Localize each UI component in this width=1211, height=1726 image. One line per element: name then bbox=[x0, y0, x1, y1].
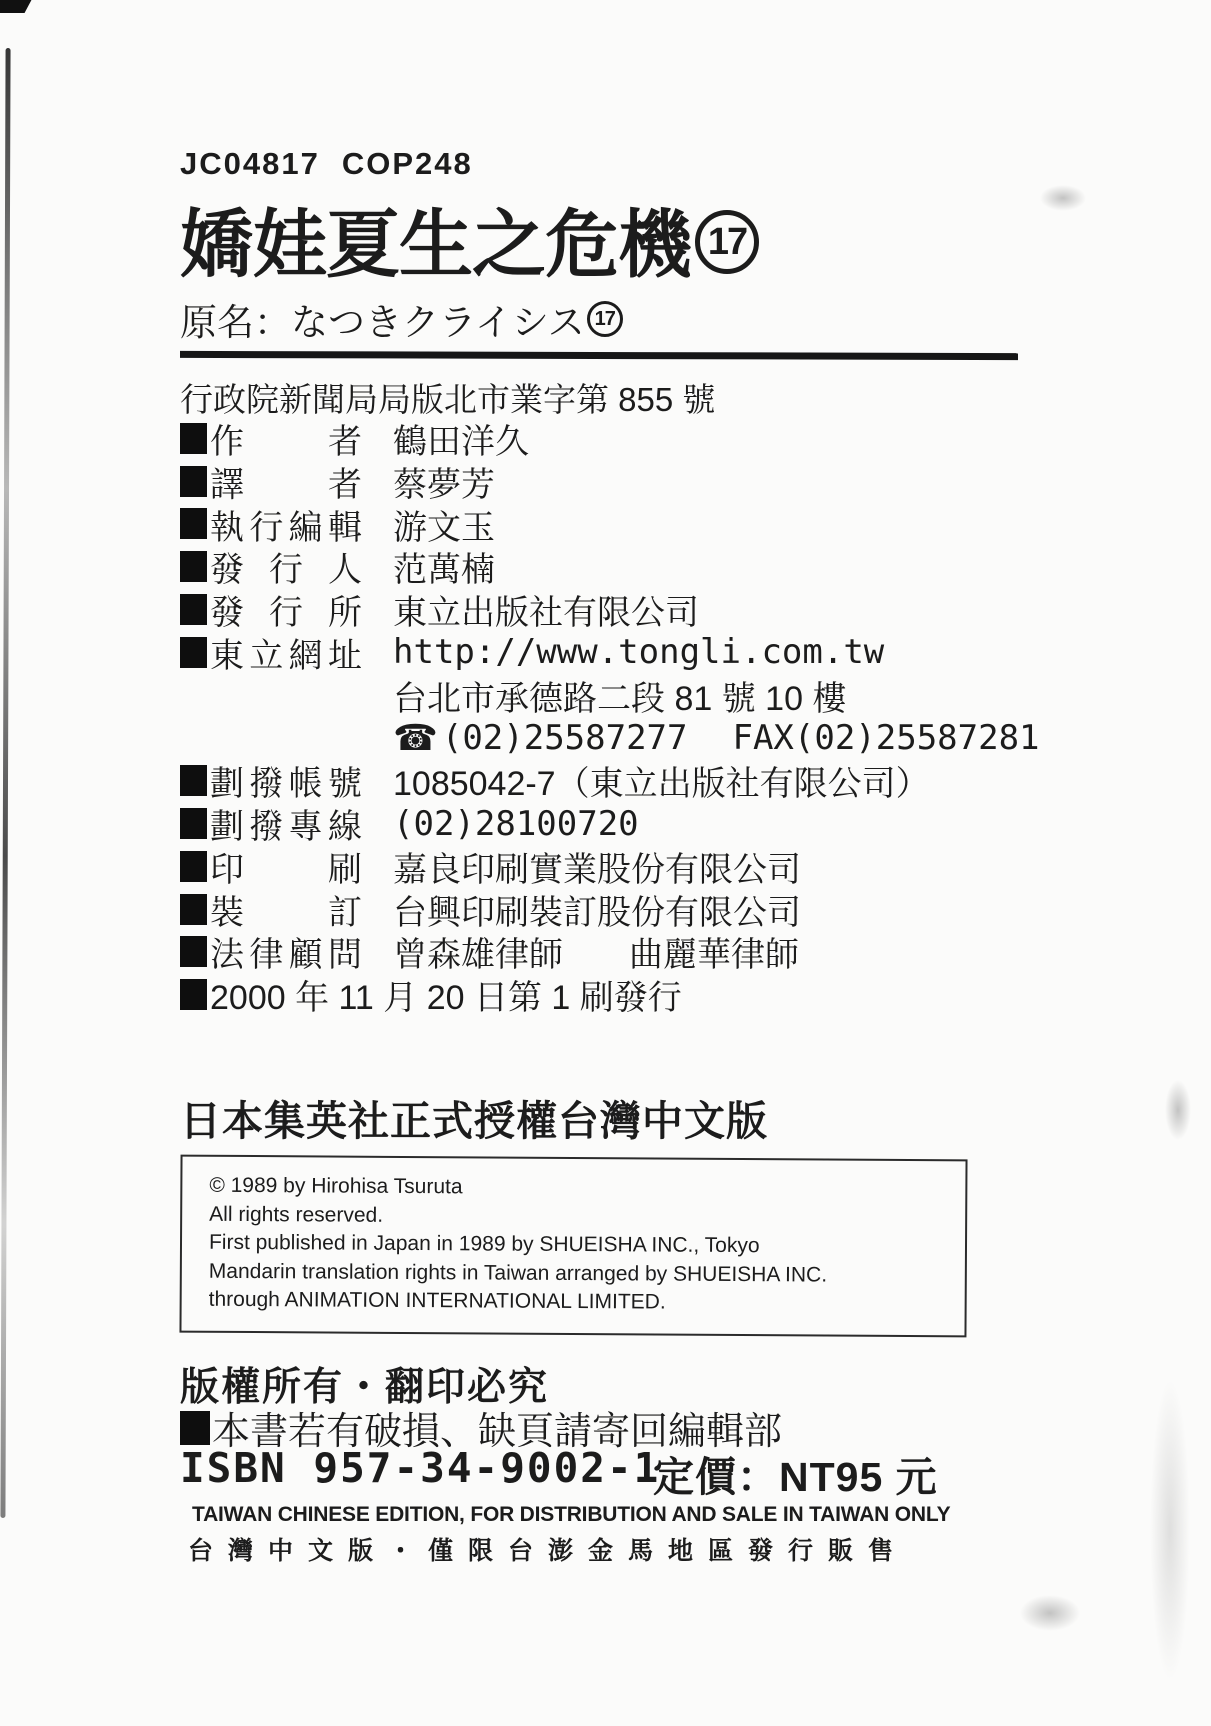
scan-smudge bbox=[1150, 1380, 1190, 1680]
row-label: 劃撥專線 bbox=[210, 799, 362, 848]
row-label: 作者 bbox=[210, 414, 362, 463]
row-executive-editor: 執行編輯 游文玉 bbox=[180, 503, 1040, 546]
product-code-1: JC04817 bbox=[180, 146, 320, 181]
scan-corner-artifact bbox=[0, 0, 31, 13]
bullet-square-icon bbox=[180, 466, 207, 497]
row-address: 台北市承德路二段 81 號 10 樓 bbox=[180, 674, 1040, 717]
isbn-price-row: ISBN 957-34-9002-1 定價：NT95 元 bbox=[180, 1444, 660, 1492]
row-label: 法律顧問 bbox=[210, 927, 362, 976]
phone-icon: ☎ bbox=[393, 717, 438, 759]
bullet-square-icon bbox=[180, 851, 207, 882]
original-title: 原名：なつきクライシス 17 bbox=[180, 292, 623, 346]
row-publishing-house: 發行所 東立出版社有限公司 bbox=[180, 588, 1040, 631]
legal-advisor-1: 曾森雄律師 bbox=[393, 927, 563, 976]
bullet-square-icon bbox=[180, 936, 207, 967]
row-label: 劃撥帳號 bbox=[210, 756, 362, 805]
print-date-text: 2000 年 11 月 20 日第 1 刷發行 bbox=[210, 970, 682, 1019]
authorization-statement: 日本集英社正式授權台灣中文版 bbox=[180, 1088, 768, 1147]
original-volume-badge: 17 bbox=[587, 301, 623, 337]
row-author: 作者 鶴田洋久 bbox=[180, 417, 1040, 460]
bullet-square-icon bbox=[180, 1411, 210, 1445]
postal-account-number: 1085042-7（東立出版社有限公司） bbox=[393, 756, 930, 805]
bullet-square-icon bbox=[180, 765, 207, 796]
row-translator: 譯者 蔡夢芳 bbox=[180, 460, 1040, 503]
english-distribution-notice: TAIWAN CHINESE EDITION, FOR DISTRIBUTION… bbox=[192, 1503, 950, 1527]
copyright-box: © 1989 by Hirohisa Tsuruta All rights re… bbox=[179, 1155, 967, 1338]
scan-smudge bbox=[1040, 185, 1086, 211]
copyright-line: All rights reserved. bbox=[209, 1200, 965, 1233]
fax-number: FAX(02)25587281 bbox=[732, 718, 1039, 758]
scan-smudge bbox=[1165, 1080, 1191, 1140]
bullet-square-icon bbox=[180, 808, 207, 839]
bullet-square-icon bbox=[180, 508, 207, 539]
volume-number-badge: 17 bbox=[695, 210, 759, 274]
row-website: 東立網址 http://www.tongli.com.tw bbox=[180, 631, 1040, 674]
row-label: 東立網址 bbox=[210, 628, 362, 677]
bullet-square-icon bbox=[180, 423, 207, 454]
website-url: http://www.tongli.com.tw bbox=[393, 632, 884, 672]
book-title-text: 嬌娃夏生之危機 bbox=[180, 186, 691, 292]
row-postal-account: 劃撥帳號 1085042-7（東立出版社有限公司） bbox=[180, 759, 1040, 802]
copyright-line: through ANIMATION INTERNATIONAL LIMITED. bbox=[209, 1286, 965, 1319]
bullet-square-icon bbox=[180, 979, 207, 1010]
row-label: 發行人 bbox=[210, 542, 362, 591]
row-value: 東立出版社有限公司 bbox=[393, 585, 699, 634]
scan-smudge bbox=[1020, 1595, 1080, 1631]
original-title-text: 原名：なつきクライシス bbox=[180, 292, 585, 346]
row-legal-advisors: 法律顧問 曾森雄律師 曲麗華律師 bbox=[180, 931, 1040, 974]
bullet-square-icon bbox=[180, 594, 207, 625]
bullet-square-icon bbox=[180, 894, 207, 925]
row-label: 譯者 bbox=[210, 457, 362, 506]
copyright-line: © 1989 by Hirohisa Tsuruta bbox=[209, 1172, 965, 1205]
chinese-distribution-notice: 台灣中文版・僅限台澎金馬地區發行販售 bbox=[188, 1531, 908, 1567]
binding-company: 台興印刷裝訂股份有限公司 bbox=[393, 885, 801, 934]
row-print-date: 2000 年 11 月 20 日第 1 刷發行 bbox=[180, 973, 1040, 1016]
row-publisher-person: 發行人 范萬楠 bbox=[180, 545, 1040, 588]
copyright-line: First published in Japan in 1989 by SHUE… bbox=[209, 1229, 965, 1262]
book-title: 嬌娃夏生之危機 17 bbox=[180, 186, 759, 292]
printer-company: 嘉良印刷實業股份有限公司 bbox=[393, 842, 801, 891]
phone-number: (02)25587277 bbox=[442, 718, 688, 758]
publisher-address: 台北市承德路二段 81 號 10 樓 bbox=[393, 671, 846, 720]
row-label: 發行所 bbox=[210, 585, 362, 634]
copyright-line: Mandarin translation rights in Taiwan ar… bbox=[209, 1258, 965, 1291]
isbn-number: ISBN 957-34-9002-1 bbox=[180, 1444, 660, 1492]
bullet-square-icon bbox=[180, 637, 207, 668]
row-label: 裝訂 bbox=[210, 885, 362, 934]
row-value: 范萬楠 bbox=[393, 542, 495, 591]
product-code-2: COP248 bbox=[342, 146, 473, 181]
row-value: 鶴田洋久 bbox=[393, 414, 529, 463]
row-value: 蔡夢芳 bbox=[393, 457, 495, 506]
price-tag: 定價：NT95 元 bbox=[653, 1444, 938, 1503]
divider-rule bbox=[180, 351, 1018, 360]
colophon-rows: 作者 鶴田洋久 譯者 蔡夢芳 執行編輯 游文玉 發行人 范萬楠 發行所 東立出版… bbox=[180, 417, 1040, 1016]
row-postal-hotline: 劃撥專線 (02)28100720 bbox=[180, 802, 1040, 845]
row-label: 執行編輯 bbox=[210, 500, 362, 549]
row-printer: 印刷 嘉良印刷實業股份有限公司 bbox=[180, 845, 1040, 888]
bullet-square-icon bbox=[180, 551, 207, 582]
colophon-page: JC04817COP248 嬌娃夏生之危機 17 原名：なつきクライシス 17 … bbox=[0, 0, 1211, 1726]
row-label: 印刷 bbox=[210, 842, 362, 891]
row-phone-fax: ☎ (02)25587277 FAX(02)25587281 bbox=[180, 717, 1040, 760]
postal-hotline-number: (02)28100720 bbox=[393, 804, 639, 844]
legal-advisor-2: 曲麗華律師 bbox=[629, 927, 799, 976]
scan-edge-artifact bbox=[0, 48, 10, 1518]
product-code: JC04817COP248 bbox=[180, 146, 473, 182]
row-binding: 裝訂 台興印刷裝訂股份有限公司 bbox=[180, 888, 1040, 931]
row-value: 游文玉 bbox=[393, 500, 495, 549]
